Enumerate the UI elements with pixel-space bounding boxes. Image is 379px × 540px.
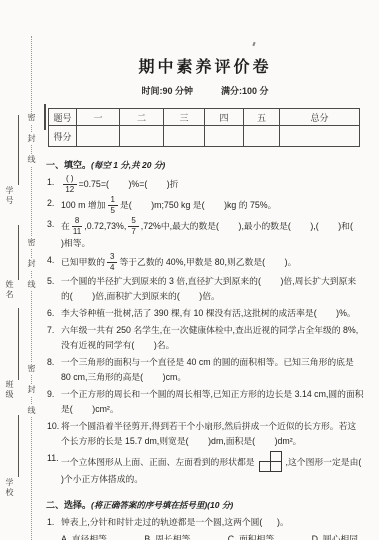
fraction-denominator: 7 [128, 227, 138, 236]
time-label: 时间:90 分钟 [141, 84, 193, 97]
question: 6.李大爷种植一批树,活了 390 棵,有 10 棵没有活,这批树的成活率是( … [46, 306, 364, 321]
question-text: 在 [61, 221, 70, 231]
question-text: 一个正方形的周长和一个圆的周长相等,已知正方形的边长是 3.14 cm,圆的面积… [61, 389, 364, 414]
fraction: 15 [108, 196, 118, 215]
fraction-numerator: 1 [108, 196, 118, 206]
score-row-label: 得分 [49, 126, 77, 147]
score-table-header-cell: 一 [77, 109, 120, 126]
fraction: 34 [107, 253, 117, 272]
score-cell-empty [205, 126, 244, 147]
fraction-denominator: 5 [108, 206, 118, 215]
question-text: 六年级一共有 250 名学生,在一次健康体检中,查出近视的同学占全年级的 8%,… [61, 325, 358, 350]
question-number: 2. [47, 196, 54, 211]
seal-line-text: 密封线 [25, 363, 38, 417]
score-table-header-cell: 总分 [280, 109, 360, 126]
question-text: =0.75=( )%=( )折 [79, 179, 179, 189]
seal-line-char: 封 [28, 384, 36, 396]
score-table-header-cell: 四 [205, 109, 244, 126]
score-table: 题号 一 二 三 四 五 总分 得分 [48, 108, 360, 147]
section2-title: 二、选择。 [46, 500, 91, 510]
score-table-header-cell: 五 [244, 109, 280, 126]
question: 4.已知甲数的34等于乙数的 40%,甲数是 80,则乙数是( )。 [46, 253, 364, 272]
question-text: ,0.72,73%, [84, 221, 126, 231]
question-text: 李大爷种植一批树,活了 390 棵,有 10 棵没有活,这批树的成活率是( )%… [61, 308, 356, 318]
score-table-score-row: 得分 [49, 126, 360, 147]
section1-note: (每空 1 分,共 20 分) [91, 160, 165, 170]
seal-line-char: 线 [28, 279, 36, 291]
page-content: 期中素养评价卷 时间:90 分钟 满分:100 分 题号 一 二 三 四 五 总… [46, 40, 364, 540]
option: B. 周长相等 [144, 532, 190, 540]
seal-label-student-id: 学号 [4, 186, 15, 206]
options-row: A. 直径相等B. 周长相等C. 面积相等D. 圆心相同 [46, 532, 364, 540]
section1-title: 一、填空。 [46, 160, 91, 170]
option: D. 圆心相同 [312, 532, 358, 540]
option: C. 面积相等 [228, 532, 274, 540]
question-text: 是( )m;750 kg 是( )kg 的 75%。 [120, 200, 276, 210]
seal-line-text: 密封线 [25, 237, 38, 291]
question-text: 将一个圆沿着半径剪开,得到若干个小扇形,然后拼成一个近似的长方形。若这个长方形的… [61, 421, 356, 446]
fraction: 57 [128, 217, 138, 236]
question: 1.( )12=0.75=( )%=( )折 [46, 175, 364, 194]
seal-label-school: 学校 [4, 478, 15, 498]
exam-meta: 时间:90 分钟 满分:100 分 [46, 84, 364, 97]
question-number: 10. [47, 419, 59, 434]
seal-line-char: 线 [28, 154, 36, 166]
question-number: 5. [47, 274, 54, 289]
fill-in-blank-questions: 1.( )12=0.75=( )%=( )折2.100 m 增加15是( )m;… [46, 175, 364, 487]
score-cell-empty [120, 126, 164, 147]
seal-line-char: 密 [28, 363, 36, 375]
question-text: 100 m 增加 [61, 200, 106, 210]
question: 3.在811,0.72,73%,57,72%中,最大的数是( ),最小的数是( … [46, 217, 364, 251]
question: 2.100 m 增加15是( )m;750 kg 是( )kg 的 75%。 [46, 196, 364, 215]
question: 9.一个正方形的周长和一个圆的周长相等,已知正方形的边长是 3.14 cm,圆的… [46, 387, 364, 417]
fraction-denominator: 4 [107, 263, 117, 272]
fraction-numerator: 5 [128, 217, 138, 227]
score-cell-empty [77, 126, 120, 147]
question-text: 已知甲数的 [61, 257, 105, 267]
question-number: 7. [47, 323, 54, 338]
score-table-header-cell: 二 [120, 109, 164, 126]
question-number: 3. [47, 217, 54, 232]
question: 10.将一个圆沿着半径剪开,得到若干个小扇形,然后拼成一个近似的长方形。若这个长… [46, 419, 364, 449]
score-table-header-row: 题号 一 二 三 四 五 总分 [49, 109, 360, 126]
question-text: 一个圆的半径扩大到原来的 3 倍,直径扩大到原来的( )倍,周长扩大到原来的( … [61, 276, 356, 301]
question: 8.一个三角形的面积与一个直径是 40 cm 的圆的面积相等。已知三角形的底是 … [46, 355, 364, 385]
score-table-header-cell: 题号 [49, 109, 77, 126]
fraction: ( )12 [63, 175, 77, 194]
section1-heading: 一、填空。(每空 1 分,共 20 分) [46, 158, 364, 171]
fraction-numerator: 3 [107, 253, 117, 263]
question-text: 一个立体图形从上面、正面、左面看到的形状都是 [61, 457, 255, 467]
full-score-label: 满分:100 分 [221, 84, 269, 97]
question-number: 4. [47, 253, 54, 268]
seal-fold-line [18, 225, 19, 280]
score-cell-empty [244, 126, 280, 147]
seal-label-class: 班级 [4, 380, 15, 400]
question-number: 8. [47, 355, 54, 370]
question: 5.一个圆的半径扩大到原来的 3 倍,直径扩大到原来的( )倍,周长扩大到原来的… [46, 274, 364, 304]
question-number: 6. [47, 306, 54, 321]
seal-line-char: 线 [28, 405, 36, 417]
fraction-denominator: 12 [63, 185, 77, 194]
view-shape-icon [258, 451, 283, 472]
question-number: 1. [47, 515, 54, 530]
seal-fold-line [18, 415, 19, 477]
question-number: 9. [47, 387, 54, 402]
seal-line-char: 密 [28, 237, 36, 249]
seal-line-char: 密 [28, 112, 36, 124]
seal-fold-line [18, 308, 19, 380]
question-number: 11. [47, 451, 59, 466]
question: 11.一个立体图形从上面、正面、左面看到的形状都是,这个图形一定是由( )个小正… [46, 451, 364, 487]
fraction-numerator: ( ) [63, 175, 77, 185]
seal-line-text: 密封线 [25, 112, 38, 166]
question-text: 等于乙数的 40%,甲数是 80,则乙数是( )。 [119, 257, 296, 267]
section2-heading: 二、选择。(将正确答案的序号填在括号里)(10 分) [46, 498, 364, 511]
seal-fold-line [18, 115, 19, 185]
seal-line-char: 封 [28, 133, 36, 145]
question-text: 一个三角形的面积与一个直径是 40 cm 的圆的面积相等。已知三角形的底是 80… [61, 357, 356, 382]
fraction-denominator: 11 [72, 227, 82, 236]
question: 7.六年级一共有 250 名学生,在一次健康体检中,查出近视的同学占全年级的 8… [46, 323, 364, 353]
exam-paper-scan: 密封线 密封线 密封线 学号 姓名 班级 学校 期中素养评价卷 时间:90 分钟… [0, 0, 379, 540]
option: A. 直径相等 [61, 532, 107, 540]
fraction-numerator: 8 [72, 217, 82, 227]
question-text: 钟表上,分针和时针走过的轨迹都是一个圆,这两个圆( )。 [61, 517, 289, 527]
section2-note: (将正确答案的序号填在括号里)(10 分) [91, 500, 233, 510]
seal-line-char: 封 [28, 258, 36, 270]
question: 1.钟表上,分针和时针走过的轨迹都是一个圆,这两个圆( )。 [46, 515, 364, 530]
score-cell-empty [164, 126, 205, 147]
fraction: 811 [72, 217, 82, 236]
question-number: 1. [47, 175, 54, 190]
shape-square [270, 461, 282, 472]
page-title: 期中素养评价卷 [46, 54, 364, 77]
score-cell-empty [280, 126, 360, 147]
seal-label-name: 姓名 [4, 280, 15, 300]
score-table-header-cell: 三 [164, 109, 205, 126]
choice-questions: 1.钟表上,分针和时针走过的轨迹都是一个圆,这两个圆( )。A. 直径相等B. … [46, 515, 364, 540]
